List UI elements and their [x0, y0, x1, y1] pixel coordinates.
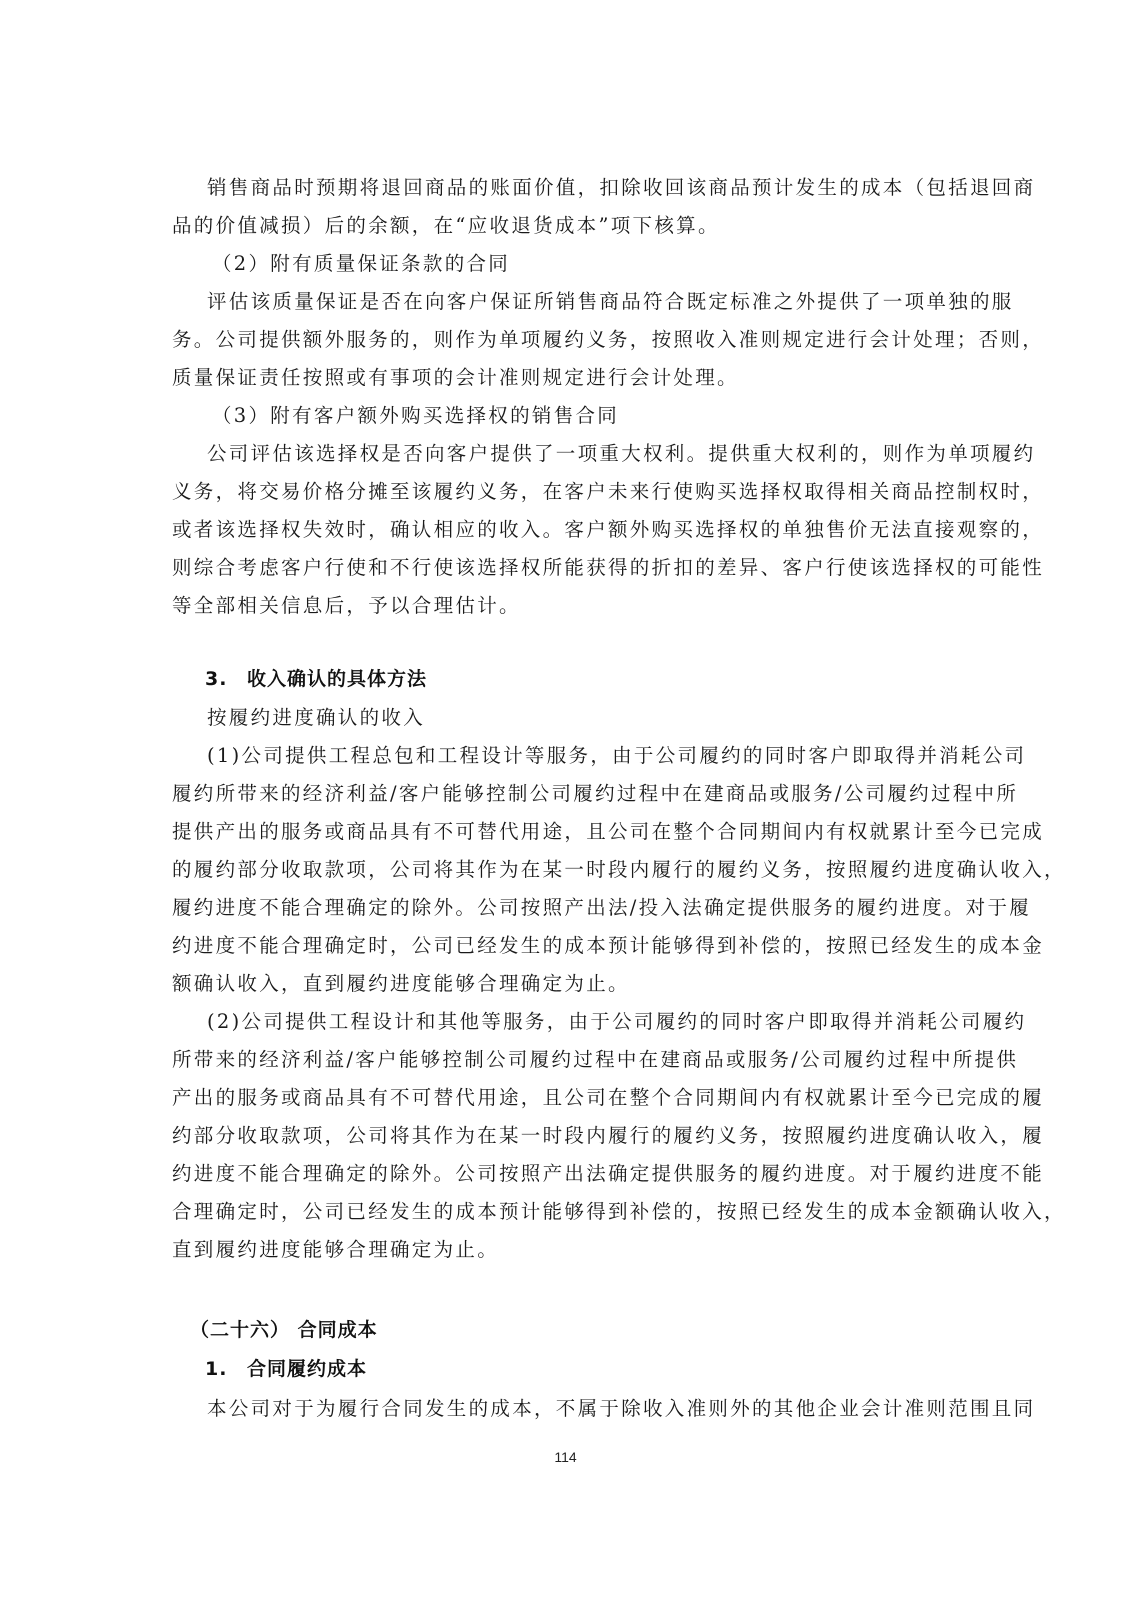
- para-item2-line-3: 产出的服务或商品具有不可替代用途，且公司在整个合同期间内有权就累计至今已完成的履: [172, 1086, 962, 1110]
- para-item2-line-2: 所带来的经济利益/客户能够控制公司履约过程中在建商品或服务/公司履约过程中所提供: [172, 1048, 962, 1072]
- para-option-line-1: 公司评估该选择权是否向客户提供了一项重大权利。提供重大权利的，则作为单项履约: [207, 442, 997, 466]
- para-quality-line-1: 评估该质量保证是否在向客户保证所销售商品符合既定标准之外提供了一项单独的服: [207, 290, 997, 314]
- subheading-purchase-option: （3）附有客户额外购买选择权的销售合同: [212, 404, 1002, 428]
- heading-performance-cost: 1.合同履约成本: [205, 1357, 367, 1381]
- para-item1-line-4: 的履约部分收取款项，公司将其作为在某一时段内履行的履约义务，按照履约进度确认收入…: [172, 858, 962, 882]
- para-item2-line-7: 直到履约进度能够合理确定为止。: [172, 1238, 962, 1262]
- para-option-line-2: 义务，将交易价格分摊至该履约义务，在客户未来行使购买选择权取得相关商品控制权时，: [172, 480, 962, 504]
- heading-contract-cost-section: （二十六） 合同成本: [190, 1318, 378, 1342]
- para-item2-line-4: 约部分收取款项，公司将其作为在某一时段内履行的履约义务，按照履约进度确认收入，履: [172, 1124, 962, 1148]
- para-option-line-5: 等全部相关信息后，予以合理估计。: [172, 594, 962, 618]
- heading-text: 收入确认的具体方法: [247, 668, 427, 690]
- para-item2-line-1: (2)公司提供工程设计和其他等服务，由于公司履约的同时客户即取得并消耗公司履约: [207, 1010, 997, 1034]
- heading-text: （二十六） 合同成本: [190, 1319, 378, 1341]
- para-item1-line-1: (1)公司提供工程总包和工程设计等服务，由于公司履约的同时客户即取得并消耗公司: [207, 744, 997, 768]
- para-item2-line-5: 约进度不能合理确定的除外。公司按照产出法确定提供服务的履约进度。对于履约进度不能: [172, 1162, 962, 1186]
- para-item2-line-6: 合理确定时，公司已经发生的成本预计能够得到补偿的，按照已经发生的成本金额确认收入…: [172, 1200, 962, 1224]
- para-item1-line-3: 提供产出的服务或商品具有不可替代用途，且公司在整个合同期间内有权就累计至今已完成: [172, 820, 962, 844]
- heading-number: 1.: [205, 1357, 247, 1381]
- subheading-progress-revenue: 按履约进度确认的收入: [207, 706, 997, 730]
- heading-text: 合同履约成本: [247, 1358, 367, 1380]
- page-number: 114: [0, 1449, 1131, 1465]
- para-quality-line-2: 务。公司提供额外服务的，则作为单项履约义务，按照收入准则规定进行会计处理；否则，: [172, 328, 962, 352]
- heading-number: 3.: [205, 667, 247, 691]
- para-item1-line-2: 履约所带来的经济利益/客户能够控制公司履约过程中在建商品或服务/公司履约过程中所: [172, 782, 962, 806]
- para-returns-line-1: 销售商品时预期将退回商品的账面价值，扣除收回该商品预计发生的成本（包括退回商: [207, 176, 997, 200]
- para-option-line-4: 则综合考虑客户行使和不行使该选择权所能获得的折扣的差异、客户行使该选择权的可能性: [172, 556, 962, 580]
- subheading-quality-guarantee: （2）附有质量保证条款的合同: [212, 252, 1002, 276]
- para-option-line-3: 或者该选择权失效时，确认相应的收入。客户额外购买选择权的单独售价无法直接观察的，: [172, 518, 962, 542]
- para-item1-line-6: 约进度不能合理确定时，公司已经发生的成本预计能够得到补偿的，按照已经发生的成本金: [172, 934, 962, 958]
- para-item1-line-5: 履约进度不能合理确定的除外。公司按照产出法/投入法确定提供服务的履约进度。对于履: [172, 896, 962, 920]
- para-returns-line-2: 品的价值减损）后的余额，在“应收退货成本”项下核算。: [172, 214, 962, 238]
- document-page: 销售商品时预期将退回商品的账面价值，扣除收回该商品预计发生的成本（包括退回商 品…: [0, 0, 1131, 1600]
- para-quality-line-3: 质量保证责任按照或有事项的会计准则规定进行会计处理。: [172, 366, 962, 390]
- heading-revenue-methods: 3.收入确认的具体方法: [205, 667, 427, 691]
- para-item1-line-7: 额确认收入，直到履约进度能够合理确定为止。: [172, 972, 962, 996]
- para-contract-cost-line-1: 本公司对于为履行合同发生的成本，不属于除收入准则外的其他企业会计准则范围且同: [207, 1397, 997, 1421]
